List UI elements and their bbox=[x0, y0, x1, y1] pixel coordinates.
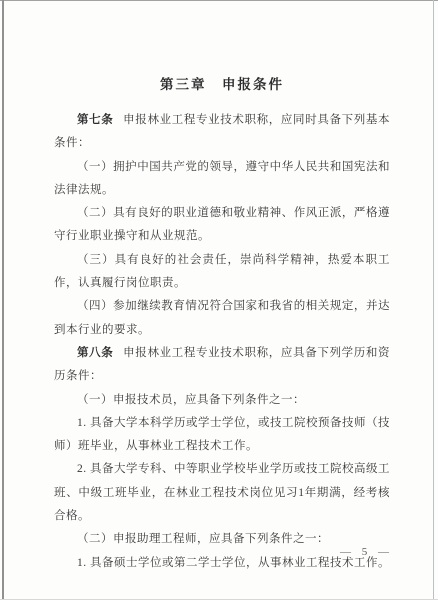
clause-2-text: （二）申报助理工程师，应具备下列条件之一： bbox=[77, 533, 329, 545]
scan-border-left bbox=[2, 0, 4, 600]
body-text: 第七条申报林业工程专业技术职称，应同时具备下列基本条件： （一）拥护中国共产党的… bbox=[54, 109, 390, 575]
article-7-lead: 第七条 bbox=[77, 114, 113, 126]
paragraph-article-8: 第八条申报林业工程专业技术职称，应具备下列学历和资历条件： bbox=[54, 342, 390, 389]
paragraph-item-1: （一）拥护中国共产党的领导，遵守中华人民共和国宪法和法律法规。 bbox=[54, 156, 390, 203]
item-1-text: （一）拥护中国共产党的领导，遵守中华人民共和国宪法和法律法规。 bbox=[54, 161, 390, 196]
paragraph-item-3: （三）具有良好的社会责任，崇尚科学精神，热爱本职工作，认真履行岗位职责。 bbox=[54, 249, 390, 296]
clause-1-sub-1-text: 1. 具备大学本科学历或学士学位，或技工院校预备技师（技师）班毕业，从事林业工程… bbox=[54, 417, 390, 452]
item-2-text: （二）具有良好的职业道德和敬业精神、作风正派，严格遵守行业职业操守和从业规范。 bbox=[54, 207, 390, 242]
scan-border-right bbox=[433, 0, 434, 600]
clause-1-text: （一）申报技术员，应具备下列条件之一： bbox=[77, 394, 305, 406]
paragraph-item-2: （二）具有良好的职业道德和敬业精神、作风正派，严格遵守行业职业操守和从业规范。 bbox=[54, 202, 390, 249]
clause-2-sub-1-text: 1. 具备硕士学位或第二学士学位，从事林业工程技术工作。 bbox=[77, 557, 390, 569]
article-8-lead: 第八条 bbox=[77, 347, 113, 359]
scan-border-top bbox=[0, 0, 438, 1]
document-page: 第三章 申报条件 第七条申报林业工程专业技术职称，应同时具备下列基本条件： （一… bbox=[0, 0, 438, 600]
paragraph-clause-1: （一）申报技术员，应具备下列条件之一： bbox=[54, 389, 390, 412]
document-content: 第三章 申报条件 第七条申报林业工程专业技术职称，应同时具备下列基本条件： （一… bbox=[54, 76, 390, 575]
paragraph-clause-1-sub-2: 2. 具备大学专科、中等职业学校毕业学历或技工院校高级工班、中级工班毕业，在林业… bbox=[54, 458, 390, 528]
item-3-text: （三）具有良好的社会责任，崇尚科学精神，热爱本职工作，认真履行岗位职责。 bbox=[54, 254, 390, 289]
paragraph-item-4: （四）参加继续教育情况符合国家和我省的相关规定，并达到本行业的要求。 bbox=[54, 295, 390, 342]
paragraph-clause-1-sub-1: 1. 具备大学本科学历或学士学位，或技工院校预备技师（技师）班毕业，从事林业工程… bbox=[54, 412, 390, 459]
item-4-text: （四）参加继续教育情况符合国家和我省的相关规定，并达到本行业的要求。 bbox=[54, 300, 390, 335]
page-number: — 5 — bbox=[340, 546, 393, 558]
paragraph-article-7: 第七条申报林业工程专业技术职称，应同时具备下列基本条件： bbox=[54, 109, 390, 156]
clause-1-sub-2-text: 2. 具备大学专科、中等职业学校毕业学历或技工院校高级工班、中级工班毕业，在林业… bbox=[54, 463, 390, 522]
chapter-title: 第三章 申报条件 bbox=[54, 76, 390, 94]
